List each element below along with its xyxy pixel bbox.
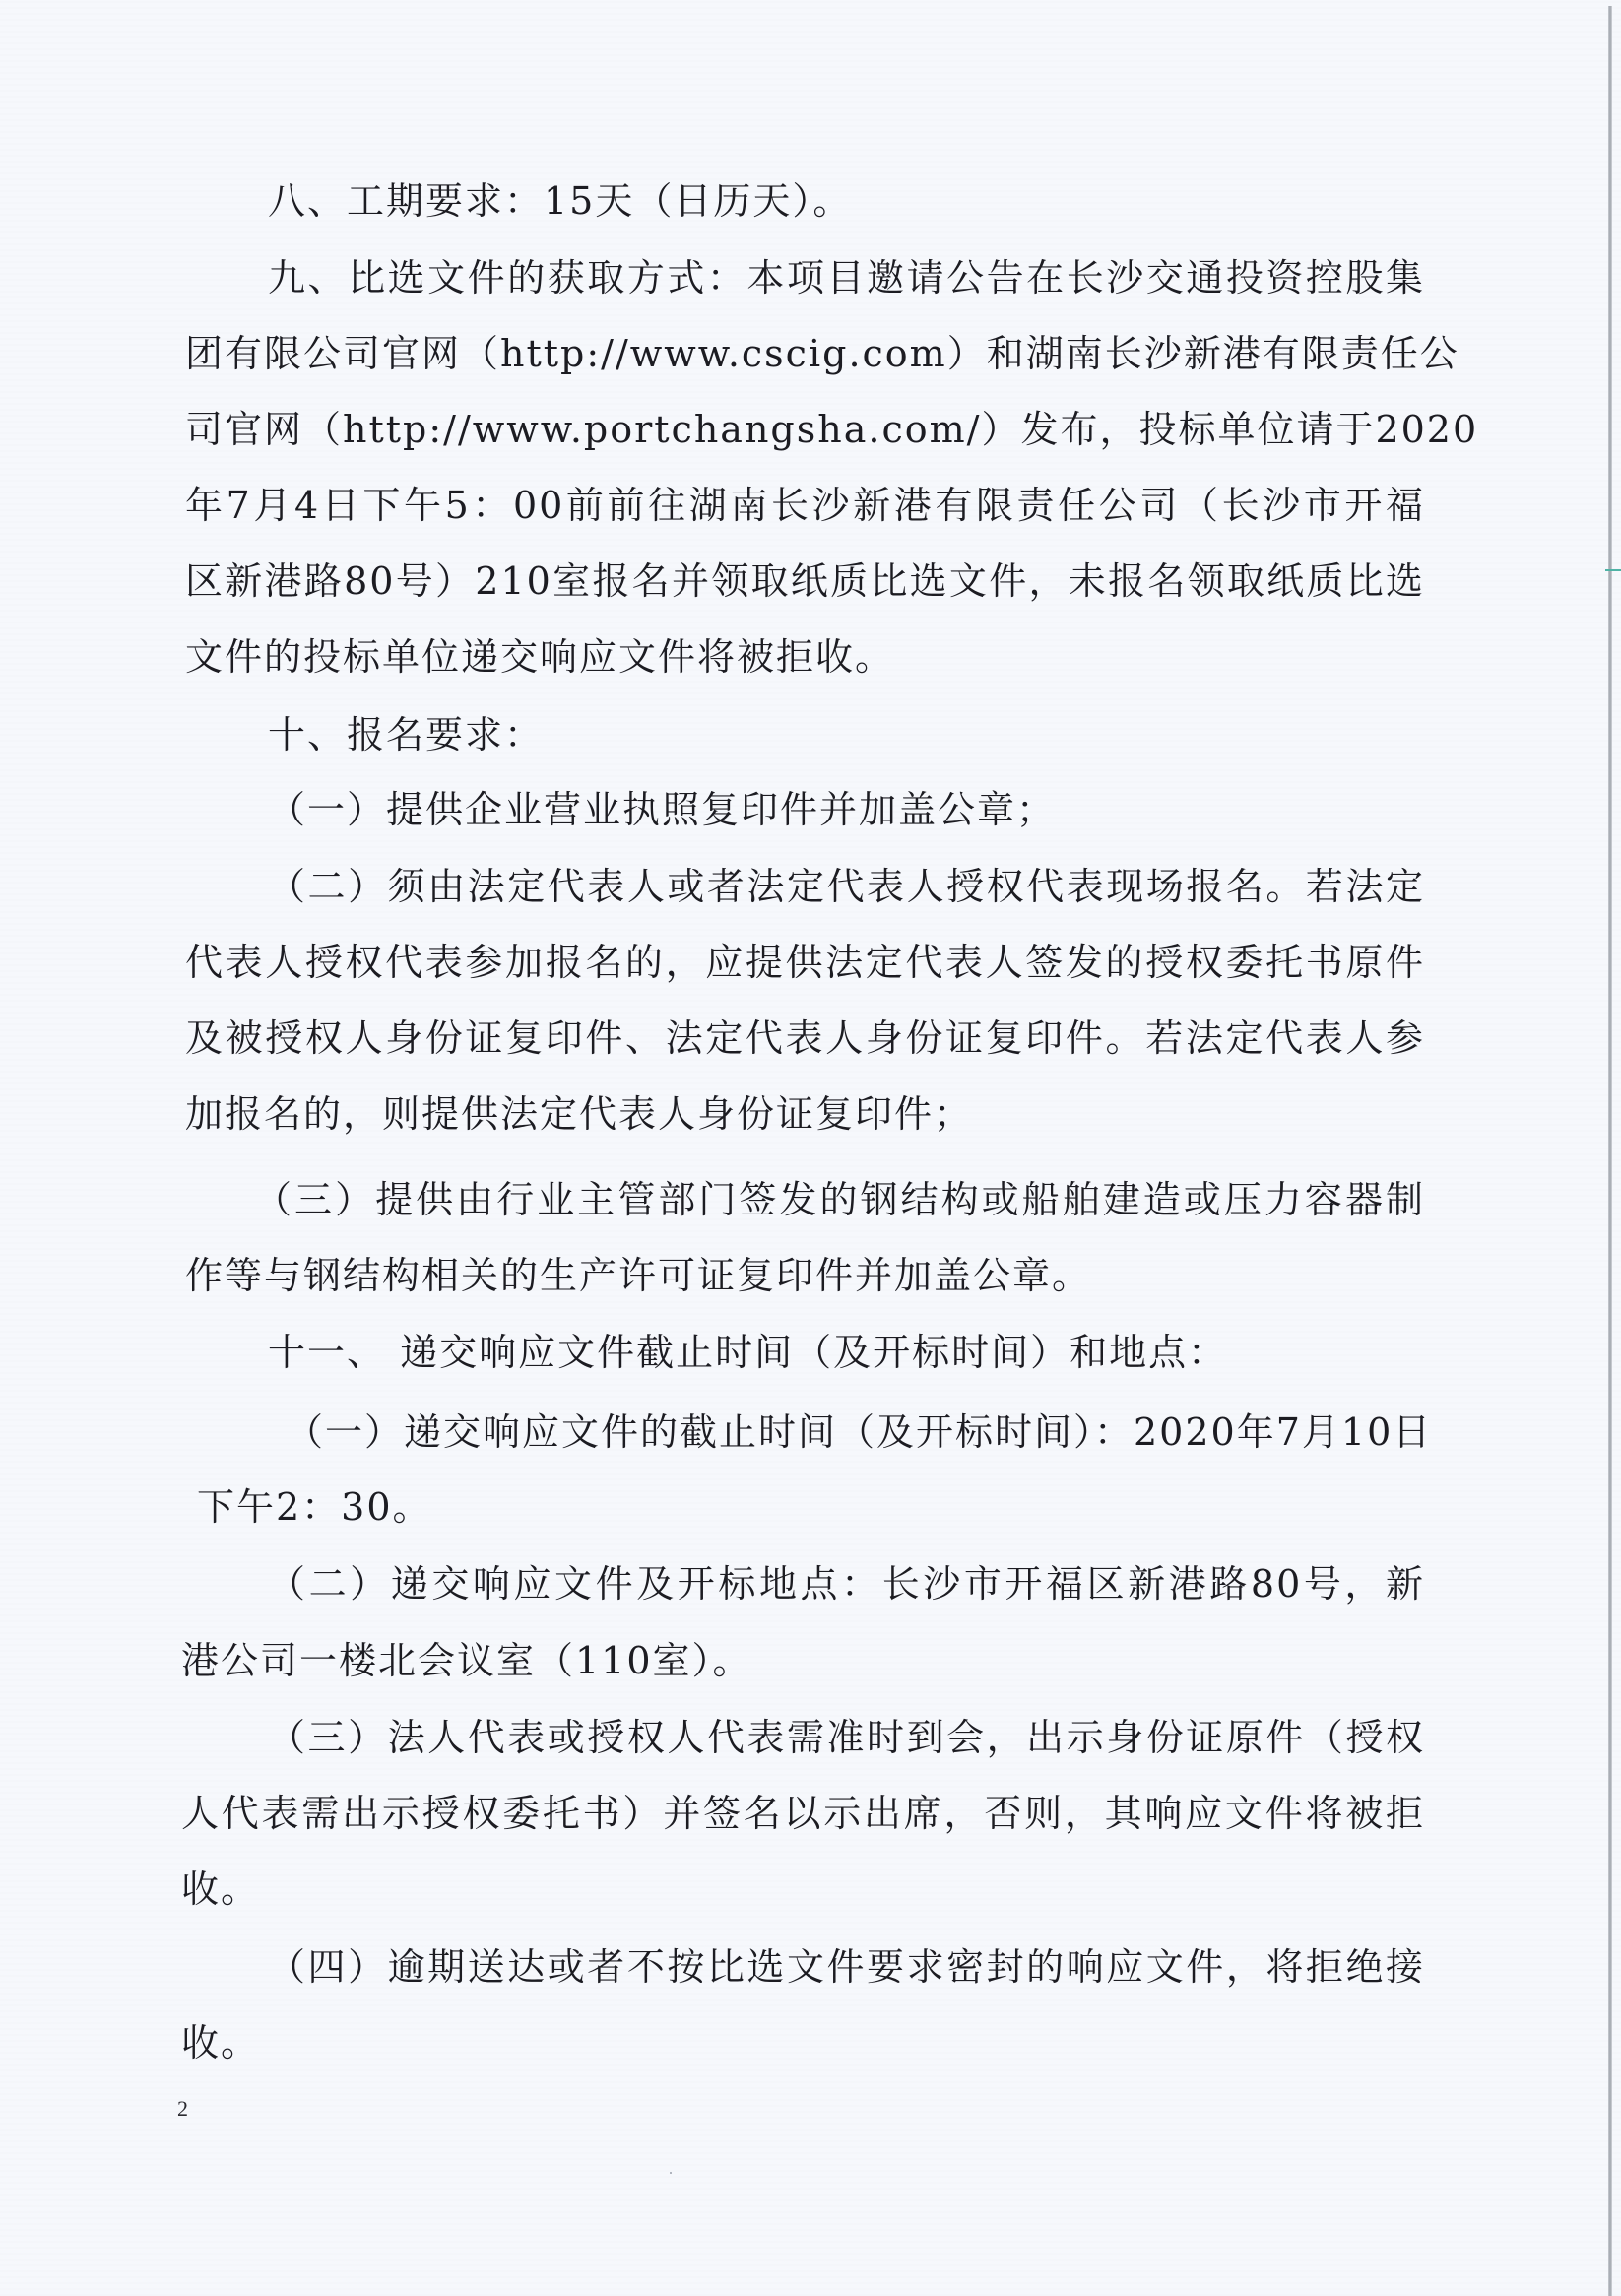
section-10-item-2-line-3: 及被授权人身份证复印件、法定代表人身份证复印件。若法定代表人参: [185, 1017, 1425, 1060]
section-11-item-2-line-1: （二）递交响应文件及开标地点：长沙市开福区新港路80号，新: [268, 1562, 1425, 1606]
section-10-item-1: （一）提供企业营业执照复印件并加盖公章；: [268, 788, 1056, 831]
section-9-acquisition-line-1: 九、比选文件的获取方式：本项目邀请公告在长沙交通投资控股集: [268, 256, 1425, 299]
section-11-item-3-line-1: （三）法人代表或授权人代表需准时到会，出示身份证原件（授权: [268, 1716, 1425, 1759]
section-9-acquisition-line-5: 区新港路80号）210室报名并领取纸质比选文件，未报名领取纸质比选: [185, 559, 1425, 603]
scan-edge-line: [1608, 6, 1612, 2296]
section-10-item-3-line-1: （三）提供由行业主管部门签发的钢结构或船舶建造或压力容器制: [254, 1178, 1425, 1221]
section-10-item-2-line-2: 代表人授权代表参加报名的，应提供法定代表人签发的授权委托书原件: [185, 941, 1425, 984]
section-9-acquisition-line-4: 年7月4日下午5：00前前往湖南长沙新港有限责任公司（长沙市开福: [185, 484, 1425, 527]
section-11-item-4-line-2: 收。: [181, 2021, 260, 2065]
section-11-item-3-line-3: 收。: [181, 1868, 260, 1911]
section-10-heading: 十、报名要求：: [268, 713, 544, 756]
section-11-item-4-line-1: （四）逾期送达或者不按比选文件要求密封的响应文件，将拒绝接: [268, 1945, 1425, 1989]
section-11-item-2-line-2: 港公司一楼北会议室（110室）。: [181, 1639, 752, 1682]
section-9-acquisition-line-2: 团有限公司官网（http://www.cscig.com）和湖南长沙新港有限责任…: [185, 332, 1425, 375]
section-9-acquisition-line-6: 文件的投标单位递交响应文件将被拒收。: [185, 635, 894, 679]
section-11-heading: 十一、 递交响应文件截止时间（及开标时间）和地点：: [268, 1331, 1227, 1374]
section-11-item-3-line-2: 人代表需出示授权委托书）并签名以示出席，否则，其响应文件将被拒: [181, 1792, 1425, 1835]
page-number: 2: [177, 2096, 188, 2122]
scan-tick-mark: [1605, 569, 1621, 571]
section-11-item-1-line-1: （一）递交响应文件的截止时间（及开标时间）：2020年7月10日: [286, 1410, 1425, 1454]
section-9-acquisition-line-3: 司官网（http://www.portchangsha.com/）发布，投标单位…: [185, 408, 1425, 451]
section-10-item-2-line-4: 加报名的，则提供法定代表人身份证复印件；: [185, 1092, 973, 1136]
section-10-item-3-line-2: 作等与钢结构相关的生产许可证复印件并加盖公章。: [185, 1254, 1091, 1297]
scan-speck: [670, 2172, 672, 2174]
scanned-document-page: 八、工期要求：15天（日历天）。 九、比选文件的获取方式：本项目邀请公告在长沙交…: [0, 0, 1621, 2296]
section-8-duration: 八、工期要求：15天（日历天）。: [268, 179, 852, 223]
section-11-item-1-line-2: 下午2：30。: [197, 1485, 432, 1529]
section-10-item-2-line-1: （二）须由法定代表人或者法定代表人授权代表现场报名。若法定: [268, 865, 1425, 908]
